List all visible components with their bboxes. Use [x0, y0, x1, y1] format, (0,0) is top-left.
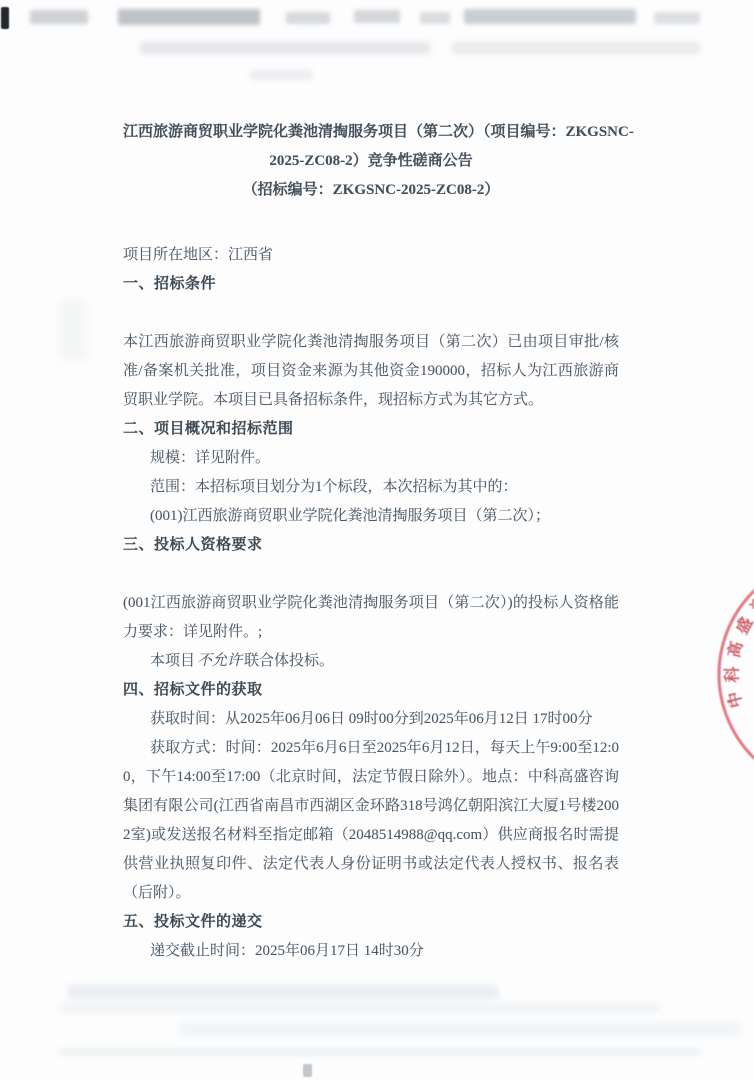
- scan-artifact: [60, 1003, 660, 1013]
- section-2-heading: 二、项目概况和招标范围: [123, 415, 619, 444]
- title-line-2: 2025-ZC08-2）竞争性磋商公告: [123, 147, 619, 176]
- scan-artifact: [68, 985, 498, 999]
- obtain-time-line: 获取时间：从2025年06月06日 09时00分到2025年06月12日 17时…: [123, 705, 619, 734]
- company-round-stamp: 中 科 高 盛 咨 43: [690, 550, 754, 790]
- scan-artifact: [286, 12, 330, 24]
- scan-artifact: [303, 1064, 312, 1077]
- lot-line: (001)江西旅游商贸职业学院化粪池清掏服务项目（第二次）；: [123, 502, 619, 531]
- scan-artifact: [118, 9, 260, 25]
- stamp-arc-char: 科: [723, 666, 742, 683]
- submission-deadline-line: 递交截止时间：2025年06月17日 14时30分: [123, 937, 619, 966]
- scale-line: 规模：详见附件。: [123, 444, 619, 473]
- location-line: 项目所在地区：江西省: [123, 241, 619, 270]
- scan-artifact: [464, 9, 636, 24]
- scan-artifact: [452, 42, 700, 54]
- scan-artifact: [654, 12, 700, 24]
- scan-artifact: [354, 10, 400, 23]
- tender-conditions-paragraph: 本江西旅游商贸职业学院化粪池清掏服务项目（第二次）已由项目审批/核准/备案机关批…: [123, 328, 619, 415]
- scan-artifact: [60, 300, 86, 360]
- announcement-body: 江西旅游商贸职业学院化粪池清掏服务项目（第二次）（项目编号：ZKGSNC- 20…: [123, 118, 619, 966]
- scan-artifact-corner-bar: [1, 7, 9, 29]
- scan-artifact: [140, 42, 430, 54]
- scan-artifact: [250, 70, 312, 80]
- title-line-1: 江西旅游商贸职业学院化粪池清掏服务项目（第二次）（项目编号：ZKGSNC-: [123, 118, 619, 147]
- joint-bid-line: 本项目不允许联合体投标。: [123, 647, 619, 676]
- no-joint-bid-emphasis: 不允许: [195, 653, 244, 669]
- section-5-heading: 五、投标文件的递交: [123, 908, 619, 937]
- document-title: 江西旅游商贸职业学院化粪池清掏服务项目（第二次）（项目编号：ZKGSNC- 20…: [123, 118, 619, 205]
- qualification-paragraph: (001江西旅游商贸职业学院化粪池清掏服务项目（第二次）)的投标人资格能力要求：…: [123, 589, 619, 647]
- section-3-heading: 三、投标人资格要求: [123, 531, 619, 560]
- scan-artifact: [30, 10, 88, 24]
- stamp-arc-char: 高: [724, 639, 746, 659]
- scan-artifact: [60, 1048, 700, 1056]
- section-1-heading: 一、招标条件: [123, 270, 619, 299]
- obtain-method-paragraph: 获取方式：时间：2025年6月6日至2025年6月12日，每天上午9:00至12…: [123, 734, 619, 908]
- tender-number-line: （招标编号：ZKGSNC-2025-ZC08-2）: [123, 176, 619, 205]
- scan-artifact: [420, 12, 450, 24]
- scope-line: 范围：本招标项目划分为1个标段，本次招标为其中的：: [123, 473, 619, 502]
- joint-bid-prefix: 本项目: [150, 653, 195, 669]
- joint-bid-suffix: 联合体投标。: [244, 653, 334, 669]
- section-4-heading: 四、招标文件的获取: [123, 676, 619, 705]
- scanned-document-page: 江西旅游商贸职业学院化粪池清掏服务项目（第二次）（项目编号：ZKGSNC- 20…: [0, 0, 754, 1080]
- scan-artifact: [180, 1022, 740, 1036]
